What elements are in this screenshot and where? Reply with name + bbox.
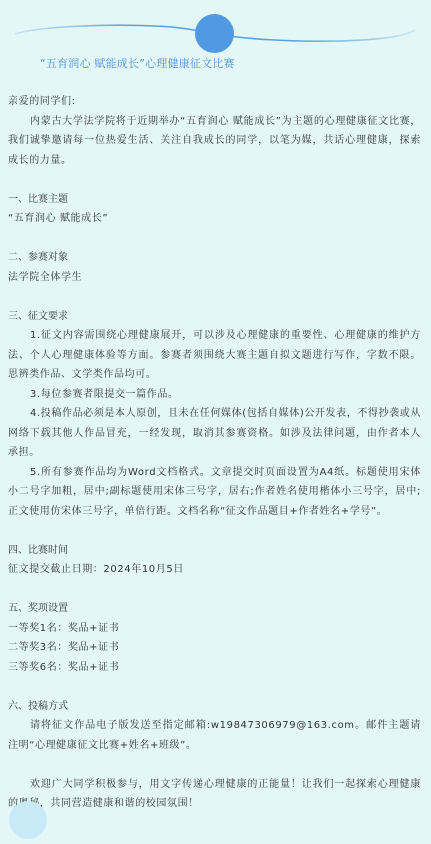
section-heading-awards: 五、奖项设置 xyxy=(8,599,421,619)
award-second: 二等奖3名：奖品+证书 xyxy=(8,638,421,658)
deadline-text: 征文提交截止日期：2024年10月5日 xyxy=(8,560,421,580)
theme-text: “五育润心 赋能成长” xyxy=(8,209,421,229)
page-title: “五育润心 赋能成长”心理健康征文比赛 xyxy=(40,55,235,71)
article-body: 亲爱的同学们: 内蒙古大学法学院将于近期举办“五育润心 赋能成长”为主题的心理健… xyxy=(8,92,421,814)
award-first: 一等奖1名：奖品+证书 xyxy=(8,619,421,639)
decorative-circle-icon xyxy=(195,14,234,53)
requirement-item: 1.征文内容需围绕心理健康展开，可以涉及心理健康的重要性、心理健康的维护方法、个… xyxy=(8,326,421,385)
section-heading-requirements: 三、征文要求 xyxy=(8,307,421,327)
intro-paragraph: 内蒙古大学法学院将于近期举办“五育润心 赋能成长”为主题的心理健康征文比赛，我们… xyxy=(8,112,421,171)
requirement-item: 5.所有参赛作品均为Word文档格式。文章提交时页面设置为A4纸。标题使用宋体小… xyxy=(8,463,421,522)
requirement-item: 3.每位参赛者限提交一篇作品。 xyxy=(8,385,421,405)
award-third: 三等奖6名：奖品+证书 xyxy=(8,658,421,678)
participants-text: 法学院全体学生 xyxy=(8,268,421,288)
section-heading-submission: 六、投稿方式 xyxy=(8,697,421,717)
section-heading-schedule: 四、比赛时间 xyxy=(8,541,421,561)
greeting: 亲爱的同学们: xyxy=(8,92,421,112)
submission-paragraph: 请将征文作品电子版发送至指定邮箱:w19847306979@163.com。邮件… xyxy=(8,716,421,755)
section-heading-theme: 一、比赛主题 xyxy=(8,190,421,210)
header-banner: “五育润心 赋能成长”心理健康征文比赛 xyxy=(0,0,431,80)
section-heading-participants: 二、参赛对象 xyxy=(8,248,421,268)
closing-paragraph: 欢迎广大同学积极参与，用文字传递心理健康的正能量！让我们一起探索心理健康的奥秘，… xyxy=(8,775,421,814)
decorative-bottom-circle-icon xyxy=(9,801,47,839)
requirement-item: 4.投稿作品必须是本人原创，且未在任何媒体(包括自媒体)公开发表，不得抄袭或从网… xyxy=(8,404,421,463)
